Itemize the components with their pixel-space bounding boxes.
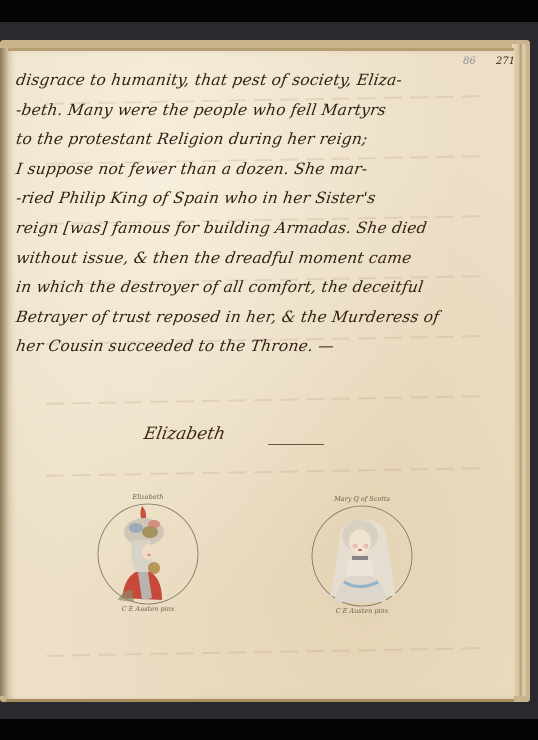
text-line: -beth. Many were the people who fell Mar… bbox=[14, 96, 518, 126]
portrait-caption-top: Elizabeth bbox=[92, 493, 204, 501]
section-signature: Elizabeth bbox=[142, 424, 227, 444]
binding-gutter bbox=[0, 48, 8, 696]
show-through-ink bbox=[46, 647, 484, 657]
portrait-mary-queen-of-scots: Mary Q of Scotts C E Austen pinx bbox=[306, 494, 418, 624]
show-through-ink bbox=[46, 467, 484, 477]
text-line: -ried Philip King of Spain who in her Si… bbox=[14, 184, 518, 214]
show-through-ink bbox=[46, 395, 484, 405]
portrait-caption-top: Mary Q of Scotts bbox=[306, 495, 418, 503]
document-viewer: 86 271 disgrace to humanity, that pest o… bbox=[0, 0, 538, 740]
text-line: in which the destroyer of all comfort, t… bbox=[14, 273, 518, 303]
text-line: Betrayer of trust reposed in her, & the … bbox=[14, 303, 518, 333]
text-line: I suppose not fewer than a dozen. She ma… bbox=[14, 155, 518, 185]
portrait-medallion-elizabeth-icon bbox=[92, 502, 204, 606]
signature-flourish bbox=[268, 444, 324, 445]
text-line: her Cousin succeeded to the Throne. — bbox=[14, 332, 518, 362]
handwritten-text: disgrace to humanity, that pest of socie… bbox=[14, 66, 514, 362]
portrait-elizabeth: Elizabeth C E Austen pinx bbox=[92, 492, 204, 622]
portrait-caption-bottom: C E Austen pinx bbox=[306, 607, 418, 615]
text-line: disgrace to humanity, that pest of socie… bbox=[14, 66, 518, 96]
text-line: without issue, & then the dreadful momen… bbox=[14, 244, 518, 274]
text-line: reign [was] famous for building Armadas.… bbox=[14, 214, 518, 244]
portrait-caption-bottom: C E Austen pinx bbox=[92, 605, 204, 613]
text-line: to the protestant Religion during her re… bbox=[14, 125, 518, 155]
portrait-medallion-mary-icon bbox=[306, 504, 418, 608]
